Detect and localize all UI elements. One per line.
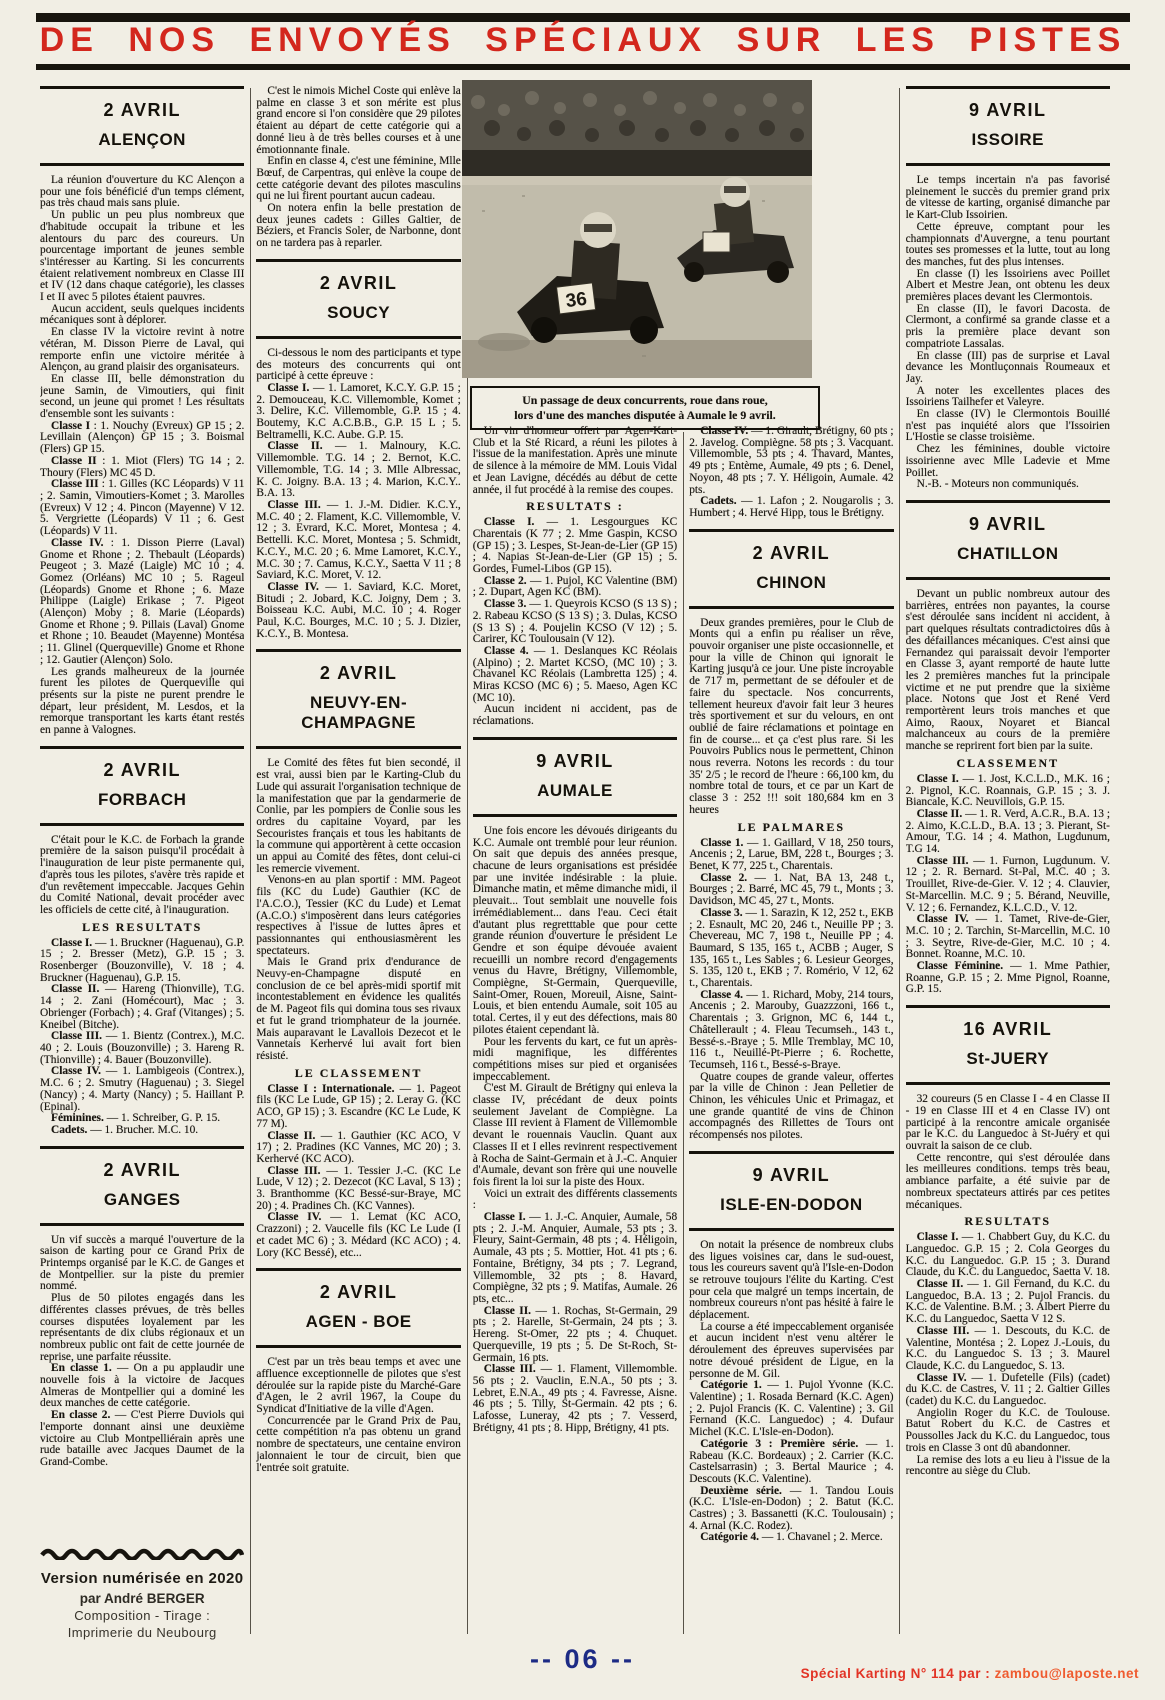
result-class-label: Classe IV. <box>267 581 318 593</box>
result-entry: Classe II : 1. Miot (Flers) TG 14 ; 2. T… <box>40 456 244 479</box>
race-photo: 36 <box>462 80 812 378</box>
photo-caption-line2: lors d'une des manches disputée à Aumale… <box>478 408 812 423</box>
paragraph: La course a été impeccablement organisée… <box>689 1322 893 1381</box>
section-date: 2 AVRIL <box>689 543 893 564</box>
race-photo-art: 36 <box>462 80 812 378</box>
result-class-label: Classe III. <box>267 499 320 511</box>
result-entry: Classe III. — 1. Flament, Villemomble. 5… <box>473 1364 677 1434</box>
result-class-label: Classe 3. <box>484 598 527 610</box>
kart-number-plate: 36 <box>565 289 589 312</box>
credit-line: Composition - Tirage : <box>40 1608 244 1623</box>
result-class-label: Classe III. <box>484 1363 536 1375</box>
paragraph: Ci-dessous le nom des participants et ty… <box>256 348 460 383</box>
result-text: — 1. J.-C. Anquier, Aumale, 58 pts ; 2. … <box>473 1211 677 1305</box>
result-class-label: En classe 2. <box>51 1409 110 1421</box>
result-class-label: Classe I. <box>917 1231 959 1243</box>
result-class-label: Classe IV. <box>917 913 969 925</box>
section-heading: 2 AVRILALENÇON <box>40 86 244 166</box>
result-text: : 1. Disson Pierre (Laval) Gnome et Rhon… <box>40 537 244 666</box>
result-class-label: Classe I. <box>484 1211 526 1223</box>
result-class-label: Classe II. <box>917 1278 964 1290</box>
paragraph: C'est par un très beau temps et avec une… <box>256 1357 460 1416</box>
paragraph: Enfin en classe 4, c'est une féminine, M… <box>256 156 460 203</box>
section-date: 9 AVRIL <box>689 1165 893 1186</box>
result-entry: Cadets. — 1. Lafon ; 2. Nougarolis ; 3. … <box>689 496 893 519</box>
section-heading: 9 AVRILISLE-EN-DODON <box>689 1151 893 1231</box>
result-entry: Classe I : 1. Nouchy (Evreux) GP 15 ; 2.… <box>40 421 244 456</box>
result-class-label: Classe II. <box>267 1130 315 1142</box>
result-entry: Classe 2. — 1. Nat, BA 13, 248 t., Bourg… <box>689 873 893 908</box>
result-class-label: Classe II. <box>484 1305 531 1317</box>
section-heading: 2 AVRILCHINON <box>689 529 893 609</box>
section-date: 2 AVRIL <box>40 100 244 121</box>
result-entry: Classe IV. — 1. Lambigeois (Contrex.), M… <box>40 1066 244 1113</box>
paragraph: Le temps incertain n'a pas favorisé plei… <box>906 175 1110 222</box>
paragraph: Cette rencontre, qui s'est déroulée dans… <box>906 1153 1110 1212</box>
result-entry: Classe II. — 1. Malnoury, K.C. Villemomb… <box>256 441 460 500</box>
result-entry: Classe I. — 1. Jost, K.C.L.D., M.K. 16 ;… <box>906 774 1110 809</box>
result-class-label: Classe II <box>51 455 97 467</box>
result-entry: Deuxième série. — 1. Tandou Louis (K.C. … <box>689 1486 893 1533</box>
result-entry: Classe IV. — 1. Saviard, K.C. Moret, Bit… <box>256 582 460 641</box>
section-date: 9 AVRIL <box>906 100 1110 121</box>
result-class-label: Cadets. <box>700 495 736 507</box>
result-entry: Catégorie 1. — 1. Pujol Yvonne (K.C. Val… <box>689 1380 893 1439</box>
result-text: — 1. Schreiber, G. P. 15. <box>107 1112 220 1124</box>
result-class-label: Classe I : Internationale. <box>267 1083 394 1095</box>
section-heading: 16 AVRILSt-JUERY <box>906 1005 1110 1085</box>
paragraph: On notait la présence de nombreux clubs … <box>689 1240 893 1322</box>
result-entry: Classe 3. — 1. Sarazin, K 12, 252 t., EK… <box>689 908 893 990</box>
result-class-label: Classe I. <box>51 937 92 949</box>
result-class-label: Classe IV. <box>51 1065 101 1077</box>
result-class-label: Classe II. <box>917 808 963 820</box>
column-divider-4 <box>899 88 900 1634</box>
result-class-label: Classe 3. <box>700 907 742 919</box>
paragraph: Voici un extrait des différents classeme… <box>473 1189 677 1212</box>
result-entry: Classe 2. — 1. Pujol, KC Valentine (BM) … <box>473 576 677 599</box>
result-text: — 1. Richard, Moby, 214 tours, Ancenis ;… <box>689 989 893 1071</box>
columns-container: 2 AVRILALENÇONLa réunion d'ouverture du … <box>40 86 1110 1646</box>
paragraph: En classe (I) les Issoiriens avec Poille… <box>906 269 1110 304</box>
result-class-label: Classe 4. <box>700 989 743 1001</box>
result-class-label: Classe III <box>51 478 99 490</box>
result-class-label: Catégorie 3 : Première série. <box>700 1438 858 1450</box>
result-class-label: Classe IV. <box>51 537 103 549</box>
paragraph: 32 coureurs (5 en Classe I - 4 en Classe… <box>906 1094 1110 1153</box>
paragraph: Un vif succès a marqué l'ouverture de la… <box>40 1235 244 1294</box>
paragraph: Aucun incident ni accident, pas de récla… <box>473 704 677 727</box>
column-divider-3 <box>683 432 684 1634</box>
result-text: — 1. Brucher. M.C. 10. <box>90 1124 198 1136</box>
section-heading: 2 AVRILGANGES <box>40 1146 244 1226</box>
credit-line: par André BERGER <box>40 1591 244 1606</box>
paragraph: Quatre coupes de grande valeur, offertes… <box>689 1072 893 1142</box>
results-label: RESULTATS : <box>473 499 677 514</box>
section-heading: 2 AVRILFORBACH <box>40 746 244 826</box>
paragraph: Une fois encore les dévoués dirigeants d… <box>473 826 677 1037</box>
paragraph: N.-B. - Moteurs non communiqués. <box>906 479 1110 491</box>
result-class-label: Classe 1. <box>700 837 743 849</box>
paragraph: Un public un peu plus nombreux que d'hab… <box>40 210 244 304</box>
photo-caption: Un passage de deux concurrents, roue dan… <box>470 386 820 430</box>
results-label: CLASSEMENT <box>906 756 1110 771</box>
result-text: — 1. Chavanel ; 2. Merce. <box>762 1531 883 1543</box>
result-class-label: Classe IV. <box>267 1211 321 1223</box>
result-entry: En classe 1. — On a pu applaudir une nou… <box>40 1363 244 1410</box>
newspaper-page: { "page": { "title": "DE NOS ENVOYÉS SPÉ… <box>0 0 1165 1700</box>
section-place: AUMALE <box>473 781 677 801</box>
paragraph: Chez les féminines, double victoire isso… <box>906 444 1110 479</box>
column-divider-1 <box>250 88 251 1634</box>
section-heading: 9 AVRILAUMALE <box>473 737 677 817</box>
result-class-label: Deuxième série. <box>700 1485 782 1497</box>
photo-caption-line1: Un passage de deux concurrents, roue dan… <box>478 393 812 408</box>
result-entry: Classe I. — 1. J.-C. Anquier, Aumale, 58… <box>473 1212 677 1306</box>
section-heading: 9 AVRILISSOIRE <box>906 86 1110 166</box>
paragraph: La remise des lots a eu lieu à l'issue d… <box>906 1455 1110 1478</box>
paragraph: Aucun accident, seuls quelques incidents… <box>40 304 244 327</box>
result-entry: Classe IV. — 1. Girault, Brétigny, 60 pt… <box>689 426 893 496</box>
result-class-label: Classe 4. <box>484 645 529 657</box>
result-class-label: Classe I. <box>484 516 535 528</box>
result-entry: Classe IV. — 1. Tamet, Rive-de-Gier, M.C… <box>906 914 1110 961</box>
result-entry: Classe 4. — 1. Deslanques KC Réolais (Al… <box>473 646 677 705</box>
result-entry: Classe III : 1. Gilles (KC Léopards) V 1… <box>40 479 244 538</box>
paragraph: Pour les fervents du kart, ce fut un apr… <box>473 1037 677 1084</box>
paragraph: C'est le nimois Michel Coste qui enlève … <box>256 86 460 156</box>
result-class-label: Catégorie 4. <box>700 1531 759 1543</box>
credit-line: Imprimerie du Neubourg <box>40 1625 244 1640</box>
result-class-label: En classe 1. <box>51 1362 112 1374</box>
section-place: ALENÇON <box>40 130 244 150</box>
section-place: SOUCY <box>256 303 460 323</box>
result-entry: Classe II. — 1. Gil Fernand, du K.C. du … <box>906 1279 1110 1326</box>
result-class-label: Classe I. <box>267 382 309 394</box>
section-place: AGEN - BOE <box>256 1312 460 1332</box>
section-heading: 2 AVRILAGEN - BOE <box>256 1268 460 1348</box>
credit-line: Version numérisée en 2020 <box>40 1570 244 1587</box>
result-text: — 1. J.-M. Didier. K.C.Y., M.C. 40 ; 2. … <box>256 499 460 581</box>
result-class-label: Classe III. <box>917 1325 970 1337</box>
result-entry: Classe IV. — 1. Lemat (KC ACO, Crazzoni)… <box>256 1212 460 1259</box>
paragraph: En classe (III) pas de surprise et Laval… <box>906 351 1110 386</box>
section-heading: 2 AVRILNEUVY-EN-CHAMPAGNE <box>256 649 460 749</box>
wavy-divider <box>40 1540 244 1565</box>
result-entry: Classe Féminine. — 1. Mme Pathier, Roann… <box>906 961 1110 996</box>
paragraph: En classe (IV) le Clermontois Bouillé n'… <box>906 409 1110 444</box>
column-1: 2 AVRILALENÇONLa réunion d'ouverture du … <box>40 86 244 1646</box>
section-place: GANGES <box>40 1190 244 1210</box>
paragraph: Concurrencée par le Grand Prix de Pau, c… <box>256 1416 460 1475</box>
result-class-label: Classe III. <box>51 1030 102 1042</box>
paragraph: C'était pour le K.C. de Forbach la grand… <box>40 835 244 917</box>
result-entry: Classe 1. — 1. Gaillard, V 18, 250 tours… <box>689 838 893 873</box>
result-class-label: Classe I. <box>917 773 959 785</box>
paragraph: En classe (II), le favori Dacosta. de Cl… <box>906 304 1110 351</box>
result-entry: Cadets. — 1. Brucher. M.C. 10. <box>40 1125 244 1137</box>
result-class-label: Féminines. <box>51 1112 104 1124</box>
paragraph: Venons-en au plan sportif : MM. Pageot f… <box>256 875 460 957</box>
result-entry: Classe 3. — 1. Queyrois KCSO (S 13 S) ; … <box>473 599 677 646</box>
result-class-label: Cadets. <box>51 1124 87 1136</box>
result-entry: Classe IV. — 1. Dufetelle (Fils) (cadet)… <box>906 1373 1110 1408</box>
section-place: NEUVY-EN-CHAMPAGNE <box>256 693 460 733</box>
paragraph: Deux grandes premières, pour le Club de … <box>689 618 893 817</box>
result-entry: Classe II. — Hareng (Thionville), T.G. 1… <box>40 984 244 1031</box>
result-entry: Classe I. — 1. Lamoret, K.C.Y. G.P. 15 ;… <box>256 383 460 442</box>
paragraph: Devant un public nombreux autour des bar… <box>906 589 1110 753</box>
result-entry: Classe III. — 1. J.-M. Didier. K.C.Y., M… <box>256 500 460 582</box>
issue-credit-label: Spécial Karting N° 114 par : <box>801 1666 991 1681</box>
section-date: 9 AVRIL <box>473 751 677 772</box>
results-label: LE CLASSEMENT <box>256 1066 460 1081</box>
result-entry: Classe IV. : 1. Disson Pierre (Laval) Gn… <box>40 538 244 667</box>
result-class-label: Classe I <box>51 420 90 432</box>
section-date: 2 AVRIL <box>256 1282 460 1303</box>
section-date: 2 AVRIL <box>256 663 460 684</box>
result-entry: Catégorie 4. — 1. Chavanel ; 2. Merce. <box>689 1532 893 1544</box>
paragraph: Cette épreuve, comptant pour les champio… <box>906 222 1110 269</box>
result-entry: Classe 4. — 1. Richard, Moby, 214 tours,… <box>689 990 893 1072</box>
result-entry: Classe II. — 1. Gauthier (KC ACO, V 17) … <box>256 1131 460 1166</box>
section-place: CHATILLON <box>906 544 1110 564</box>
paragraph: En classe III, belle démonstration du je… <box>40 374 244 421</box>
section-heading: 2 AVRILSOUCY <box>256 259 460 339</box>
section-date: 2 AVRIL <box>256 273 460 294</box>
header-bottom-rule <box>36 64 1130 70</box>
section-date: 16 AVRIL <box>906 1019 1110 1040</box>
paragraph: En classe IV la victoire revint à notre … <box>40 327 244 374</box>
section-place: FORBACH <box>40 790 244 810</box>
result-class-label: Classe III. <box>917 855 969 867</box>
section-place: St-JUERY <box>906 1049 1110 1069</box>
result-class-label: Classe III. <box>267 1165 320 1177</box>
paragraph: C'est M. Girault de Brétigny qui enleva … <box>473 1083 677 1188</box>
result-entry: Classe I. — 1. Chabbert Guy, du K.C. du … <box>906 1232 1110 1279</box>
paragraph: On notera enfin la belle prestation de d… <box>256 203 460 250</box>
result-entry: Classe I. — 1. Lesgourgues KC Charentais… <box>473 517 677 576</box>
result-text: — 1. Sarazin, K 12, 252 t., EKB ; 2. Esn… <box>689 907 893 989</box>
issue-credit-email: zambou@laposte.net <box>995 1666 1139 1681</box>
paragraph: Les grands malheureux de la journée fure… <box>40 667 244 737</box>
paragraph: A noter les excellentes places des Issoi… <box>906 386 1110 409</box>
result-entry: Catégorie 3 : Première série. — 1. Rabea… <box>689 1439 893 1486</box>
section-place: ISLE-EN-DODON <box>689 1195 893 1215</box>
result-entry: Classe II. — 1. R. Verd, A.C.R., B.A. 13… <box>906 809 1110 856</box>
section-date: 2 AVRIL <box>40 760 244 781</box>
result-class-label: Classe 2. <box>484 575 527 587</box>
result-entry: Classe I. — 1. Bruckner (Haguenau), G.P.… <box>40 938 244 985</box>
result-class-label: Classe II. <box>267 440 322 452</box>
issue-credit: Spécial Karting N° 114 par : zambou@lapo… <box>801 1666 1139 1681</box>
paragraph: Un vin d'honneur offert par Agen-Kart-Cl… <box>473 426 677 496</box>
section-date: 9 AVRIL <box>906 514 1110 535</box>
result-class-label: Classe 2. <box>700 872 747 884</box>
result-entry: Classe III. — 1. Furnon, Lugdunum. V. 12… <box>906 856 1110 915</box>
paragraph: La réunion d'ouverture du KC Alençon a p… <box>40 175 244 210</box>
result-class-label: Classe IV. <box>917 1372 967 1384</box>
paragraph: Mais le Grand prix d'endurance de Neuvy-… <box>256 957 460 1062</box>
result-entry: En classe 2. — C'est Pierre Duviols qui … <box>40 1410 244 1469</box>
paragraph: Plus de 50 pilotes engagés dans les diff… <box>40 1293 244 1363</box>
digitization-credit: Version numérisée en 2020par André BERGE… <box>40 1565 244 1646</box>
result-class-label: Catégorie 1. <box>700 1379 762 1391</box>
result-entry: Classe III. — 1. Tessier J.-C. (KC Le Lu… <box>256 1166 460 1213</box>
paragraph: Le Comité des fêtes fut bien secondé, il… <box>256 758 460 875</box>
page-title: DE NOS ENVOYÉS SPÉCIAUX SUR LES PISTES <box>38 21 1128 60</box>
result-class-label: Classe II. <box>51 983 99 995</box>
result-class-label: Classe Féminine. <box>917 960 1003 972</box>
section-date: 2 AVRIL <box>40 1160 244 1181</box>
paragraph: Angiolin Roger du K.C. de Toulouse. Batu… <box>906 1408 1110 1455</box>
section-heading: 9 AVRILCHATILLON <box>906 500 1110 580</box>
result-entry: Classe I : Internationale. — 1. Pageot f… <box>256 1084 460 1131</box>
column-2: C'est le nimois Michel Coste qui enlève … <box>256 86 460 1646</box>
result-entry: Classe III. — 1. Bientz (Contrex.), M.C.… <box>40 1031 244 1066</box>
results-label: LE PALMARES <box>689 820 893 835</box>
results-label: RESULTATS <box>906 1214 1110 1229</box>
result-entry: Classe II. — 1. Rochas, St-Germain, 29 p… <box>473 1306 677 1365</box>
section-place: ISSOIRE <box>906 130 1110 150</box>
result-entry: Classe III. — 1. Descouts, du K.C. de Va… <box>906 1326 1110 1373</box>
section-place: CHINON <box>689 573 893 593</box>
results-label: LES RESULTATS <box>40 920 244 935</box>
column-5: 9 AVRILISSOIRELe temps incertain n'a pas… <box>906 86 1110 1646</box>
